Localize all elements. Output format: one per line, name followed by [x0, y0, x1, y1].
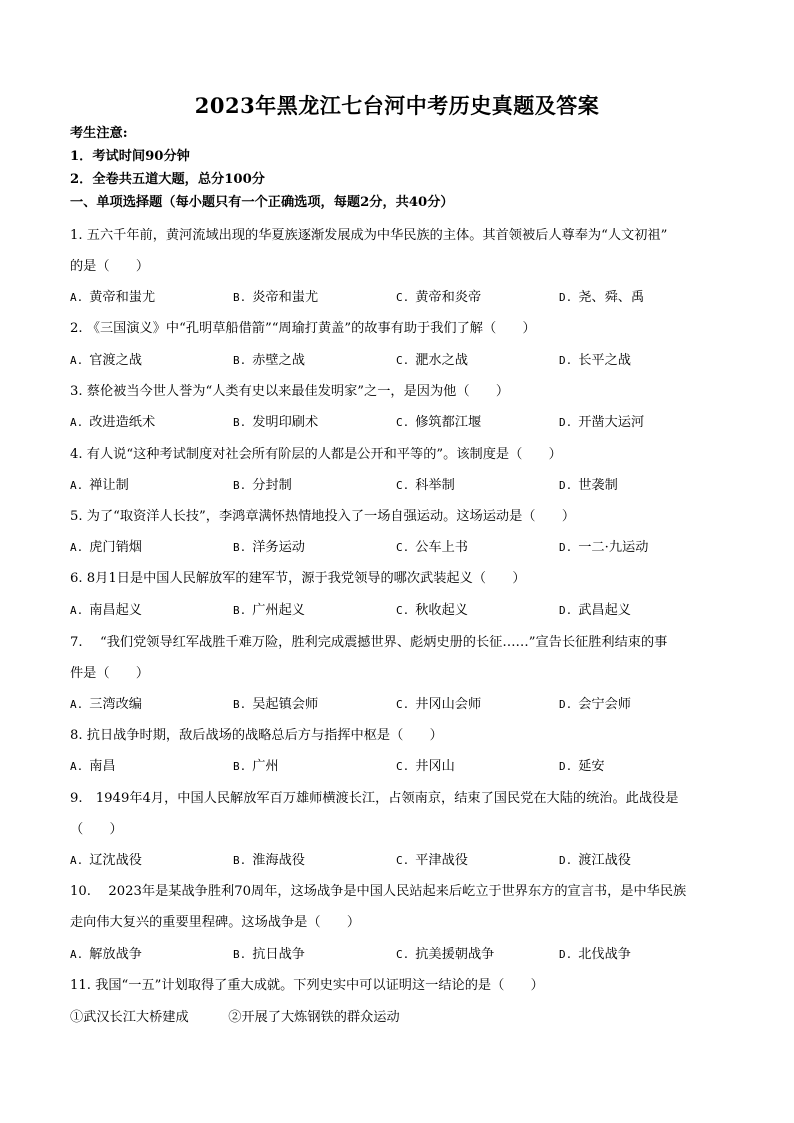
option-b: B.淮海战役	[233, 852, 305, 870]
option-label: B.	[233, 479, 246, 492]
option-text: 长平之战	[578, 353, 631, 368]
option-b: B.发明印刷术	[233, 414, 318, 432]
option-b: B.广州	[233, 758, 279, 776]
option-b: B.吴起镇会师	[233, 696, 318, 714]
option-d: D.一二·九运动	[559, 539, 648, 557]
option-d: D.延安	[559, 758, 605, 776]
question-6-text: 6. 8月1日是中国人民解放军的建军节，源于我党领导的哪次武装起义（ ）	[70, 570, 526, 588]
option-text: 北伐战争	[578, 947, 631, 962]
option-a: A.官渡之战	[70, 352, 142, 370]
option-a: A.禅让制	[70, 477, 129, 495]
question-1-text-cont: 的是（ ）	[70, 258, 149, 276]
option-c: C.公车上书	[396, 539, 468, 557]
option-label: D.	[559, 541, 572, 554]
option-d: D.北伐战争	[559, 946, 631, 964]
option-label: B.	[233, 604, 246, 617]
option-c: C.黄帝和炎帝	[396, 289, 481, 307]
option-a: A.改进造纸术	[70, 414, 155, 432]
option-text: 改进造纸术	[89, 415, 155, 430]
option-text: 南昌起义	[89, 603, 142, 618]
option-c: C.秋收起义	[396, 602, 468, 620]
option-text: 洋务运动	[252, 540, 305, 555]
option-label: D.	[559, 604, 572, 617]
option-label: C.	[396, 698, 409, 711]
option-text: 吴起镇会师	[252, 697, 318, 712]
option-text: 虎门销烟	[89, 540, 142, 555]
option-text: 南昌	[89, 759, 115, 774]
option-a: A.辽沈战役	[70, 852, 142, 870]
option-text: 官渡之战	[89, 353, 142, 368]
option-a: A.黄帝和蚩尤	[70, 289, 155, 307]
option-text: 延安	[578, 759, 604, 774]
option-text: 井冈山	[415, 759, 455, 774]
option-label: B.	[233, 541, 246, 554]
question-11-text: 11. 我国“一五”计划取得了重大成就。下列史实中可以证明这一结论的是（ ）	[70, 977, 544, 995]
question-4-text: 4. 有人说“这种考试制度对社会所有阶层的人都是公开和平等的”。该制度是（ ）	[70, 446, 562, 464]
option-text: 尧、舜、禹	[578, 290, 644, 305]
question-7-text-cont: 件是（ ）	[70, 665, 149, 683]
question-10-text-cont: 走向伟大复兴的重要里程碑。这场战争是（ ）	[70, 914, 360, 932]
option-text: 公车上书	[415, 540, 468, 555]
option-text: 黄帝和蚩尤	[89, 290, 155, 305]
option-text: 发明印刷术	[252, 415, 318, 430]
option-text: 赤壁之战	[252, 353, 305, 368]
option-text: 抗日战争	[252, 947, 305, 962]
option-a: A.南昌	[70, 758, 116, 776]
option-c: C.科举制	[396, 477, 455, 495]
notice-item: 1．考试时间90分钟	[70, 148, 190, 166]
option-d: D.尧、舜、禹	[559, 289, 644, 307]
question-9-text-cont: （ ）	[70, 821, 123, 839]
option-label: C.	[396, 291, 409, 304]
option-label: C.	[396, 760, 409, 773]
option-label: B.	[233, 698, 246, 711]
option-label: A.	[70, 948, 83, 961]
option-text: 会宁会师	[578, 697, 631, 712]
option-a: A.南昌起义	[70, 602, 142, 620]
option-c: C.抗美援朝战争	[396, 946, 494, 964]
option-label: C.	[396, 604, 409, 617]
option-text: 辽沈战役	[89, 853, 142, 868]
option-text: 修筑都江堰	[415, 415, 481, 430]
option-c: C.井冈山会师	[396, 696, 481, 714]
option-label: C.	[396, 854, 409, 867]
option-label: A.	[70, 854, 83, 867]
option-label: A.	[70, 760, 83, 773]
option-d: D.开凿大运河	[559, 414, 644, 432]
option-b: B.抗日战争	[233, 946, 305, 964]
question-8-text: 8. 抗日战争时期，敌后战场的战略总后方与指挥中枢是（ ）	[70, 727, 443, 745]
option-label: A.	[70, 604, 83, 617]
option-label: D.	[559, 948, 572, 961]
option-a: A.虎门销烟	[70, 539, 142, 557]
option-c: C.平津战役	[396, 852, 468, 870]
section-heading: 一、单项选择题（每小题只有一个正确选项，每题2分，共40分）	[70, 194, 454, 212]
option-text: 广州	[252, 759, 278, 774]
option-text: 禅让制	[89, 478, 129, 493]
question-3-text: 3. 蔡伦被当今世人誉为“人类有史以来最佳发明家”之一，是因为他（ ）	[70, 383, 509, 401]
option-label: C.	[396, 541, 409, 554]
option-label: C.	[396, 354, 409, 367]
option-label: D.	[559, 760, 572, 773]
option-label: C.	[396, 416, 409, 429]
option-label: A.	[70, 416, 83, 429]
option-text: 井冈山会师	[415, 697, 481, 712]
option-c: C.井冈山	[396, 758, 455, 776]
option-text: 淝水之战	[415, 353, 468, 368]
option-text: 抗美援朝战争	[415, 947, 494, 962]
option-text: 三湾改编	[89, 697, 142, 712]
option-label: D.	[559, 698, 572, 711]
option-label: A.	[70, 291, 83, 304]
option-text: 科举制	[415, 478, 455, 493]
option-b: B.分封制	[233, 477, 292, 495]
page-title: 2023年黑龙江七台河中考历史真题及答案	[0, 90, 794, 120]
option-c: C.修筑都江堰	[396, 414, 481, 432]
exam-page: 2023年黑龙江七台河中考历史真题及答案 考生注意: 1．考试时间90分钟 2．…	[0, 0, 794, 1123]
option-text: 黄帝和炎帝	[415, 290, 481, 305]
option-label: B.	[233, 854, 246, 867]
option-text: 世袭制	[578, 478, 618, 493]
option-label: A.	[70, 354, 83, 367]
option-text: 开凿大运河	[578, 415, 644, 430]
question-1-text: 1. 五六千年前，黄河流域出现的华夏族逐渐发展成为中华民族的主体。其首领被后人尊…	[70, 227, 667, 245]
option-label: A.	[70, 541, 83, 554]
option-a: A.三湾改编	[70, 696, 142, 714]
option-label: C.	[396, 948, 409, 961]
notice-item: 2．全卷共五道大题，总分100分	[70, 171, 265, 189]
option-b: B.炎帝和蚩尤	[233, 289, 318, 307]
option-label: D.	[559, 479, 572, 492]
question-7-text: 7. “我们党领导红军战胜千难万险，胜利完成震撼世界、彪炳史册的长征……”宣告长…	[70, 634, 667, 652]
option-text: 秋收起义	[415, 603, 468, 618]
option-label: B.	[233, 760, 246, 773]
option-text: 一二·九运动	[578, 540, 648, 555]
option-d: D.会宁会师	[559, 696, 631, 714]
option-text: 分封制	[252, 478, 292, 493]
option-text: 武昌起义	[578, 603, 631, 618]
option-label: C.	[396, 479, 409, 492]
option-text: 渡江战役	[578, 853, 631, 868]
question-9-text: 9. 1949年4月，中国人民解放军百万雄师横渡长江，占领南京，结束了国民党在大…	[70, 790, 678, 808]
notice-heading: 考生注意:	[70, 125, 128, 143]
option-text: 淮海战役	[252, 853, 305, 868]
option-label: B.	[233, 354, 246, 367]
question-10-text: 10. 2023年是某战争胜利70周年，这场战争是中国人民站起来后屹立于世界东方…	[70, 883, 686, 901]
option-d: D.渡江战役	[559, 852, 631, 870]
option-label: D.	[559, 291, 572, 304]
option-text: 解放战争	[89, 947, 142, 962]
option-label: D.	[559, 354, 572, 367]
option-label: B.	[233, 416, 246, 429]
option-b: B.洋务运动	[233, 539, 305, 557]
option-label: B.	[233, 291, 246, 304]
option-b: B.广州起义	[233, 602, 305, 620]
option-label: A.	[70, 698, 83, 711]
option-a: A.解放战争	[70, 946, 142, 964]
question-2-text: 2. 《三国演义》中“孔明草船借箭”“周瑜打黄盖”的故事有助于我们了解（ ）	[70, 320, 536, 338]
option-label: B.	[233, 948, 246, 961]
option-c: C.淝水之战	[396, 352, 468, 370]
option-label: A.	[70, 479, 83, 492]
option-label: D.	[559, 416, 572, 429]
option-b: B.赤壁之战	[233, 352, 305, 370]
option-text: 广州起义	[252, 603, 305, 618]
question-5-text: 5. 为了“取资洋人长技”，李鸿章满怀热情地投入了一场自强运动。这场运动是（ ）	[70, 508, 575, 526]
option-d: D.长平之战	[559, 352, 631, 370]
option-text: 炎帝和蚩尤	[252, 290, 318, 305]
option-text: 平津战役	[415, 853, 468, 868]
option-d: D.武昌起义	[559, 602, 631, 620]
option-label: D.	[559, 854, 572, 867]
question-11-statements: ①武汉长江大桥建成 ②开展了大炼钢铁的群众运动	[70, 1009, 400, 1027]
option-d: D.世袭制	[559, 477, 618, 495]
